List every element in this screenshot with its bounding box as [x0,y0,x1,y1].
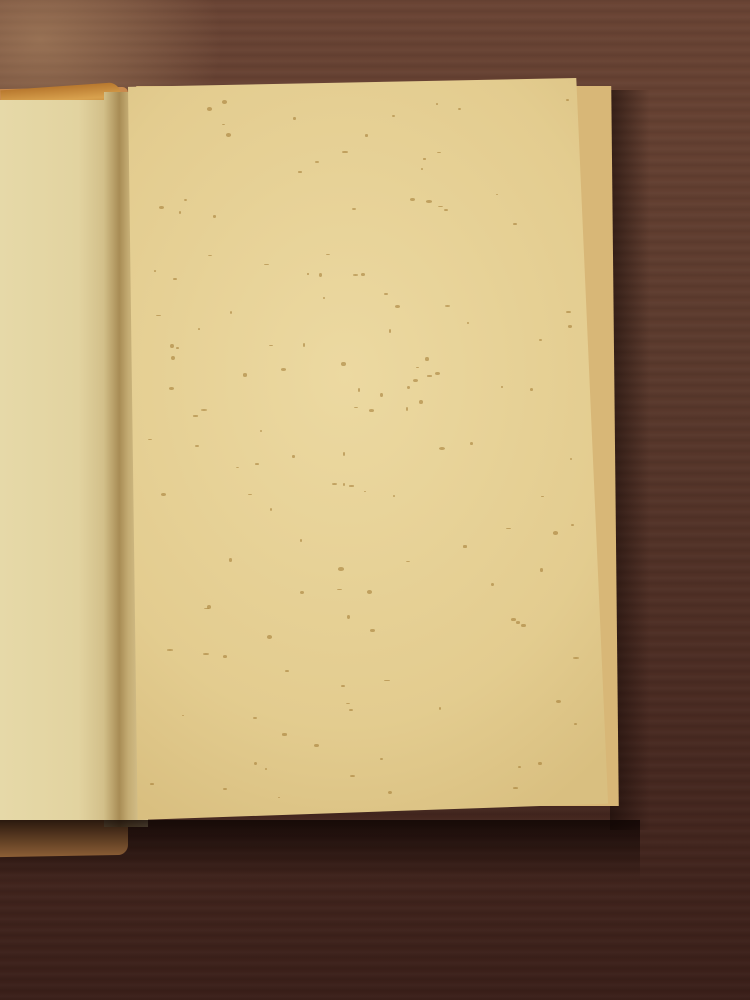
foxing-speck [511,618,515,621]
foxing-speck [436,103,438,105]
foxing-speck [156,315,160,316]
foxing-speck [292,455,294,458]
foxing-speck [380,393,382,397]
foxing-speck [264,264,269,265]
foxing-speck [574,723,577,725]
foxing-speck [150,783,154,785]
foxing-speck [568,325,572,327]
foxing-speck [358,388,360,391]
foxing-speck [501,386,503,388]
foxing-speck [243,373,248,376]
foxing-speck [384,680,389,681]
foxing-speck [269,345,272,346]
foxing-speck [365,134,368,136]
foxing-speck [207,605,211,609]
foxing-speck [435,372,440,375]
foxing-speck [229,558,232,561]
foxing-speck [369,409,375,412]
foxing-speck [530,388,534,391]
foxing-speck [195,445,199,447]
foxing-speck [161,493,166,496]
foxing-speck [425,357,428,361]
foxing-speck [384,293,387,295]
foxing-speck [423,158,427,159]
foxing-speck [176,347,179,349]
foxing-speck [226,133,232,137]
foxing-speck [307,273,310,274]
foxing-speck [222,100,227,104]
foxing-speck [410,198,415,201]
foxing-speck [323,297,325,299]
foxing-speck [364,491,366,493]
foxing-speck [416,367,418,368]
foxing-speck [361,273,365,276]
foxing-speck [198,328,200,330]
foxing-speck [170,344,173,348]
foxing-speck [541,496,543,497]
foxing-speck [169,387,174,390]
foxing-speck [421,168,423,170]
foxing-speck [254,762,257,765]
foxing-speck [171,356,175,360]
foxing-speck [439,447,445,450]
foxing-speck [213,215,216,217]
foxing-speck [341,685,345,687]
foxing-speck [427,375,432,376]
foxing-speck [201,409,207,411]
foxing-speck [207,107,212,111]
foxing-speck [538,762,542,766]
foxing-speck [253,717,257,719]
foxing-speck [281,368,287,371]
foxing-speck [389,329,392,332]
foxing-speck [332,483,337,485]
foxing-speck [159,206,164,209]
foxing-speck [354,407,358,408]
foxing-speck [223,655,227,658]
foxing-speck [154,270,156,272]
foxing-speck [343,452,345,456]
foxing-speck [566,311,572,314]
foxing-speck [445,305,450,307]
foxing-speck [222,124,224,125]
foxing-speck [370,629,374,632]
foxing-speck [470,442,473,445]
foxing-speck [393,495,395,497]
foxing-speck [248,494,252,495]
foxing-speck [407,386,410,389]
foxing-speck [406,561,410,562]
left-pastedown-endpaper [0,100,112,820]
foxing-speck [570,458,572,460]
foxing-speck [182,715,184,716]
foxing-speck [353,274,358,276]
foxing-speck [326,254,330,255]
foxing-speck [298,171,303,173]
foxing-speck [413,379,418,382]
foxing-speck [458,108,461,110]
foxing-speck [319,273,322,277]
foxing-speck [167,649,173,650]
foxing-speck [193,415,198,416]
foxing-speck [380,758,382,760]
foxing-speck [444,209,448,211]
foxing-speck [303,343,305,347]
foxing-speck [521,624,525,628]
book-shadow-bottom [0,820,640,880]
foxing-speck [255,463,259,465]
foxing-speck [173,278,177,281]
foxing-speck [300,591,304,594]
foxing-speck [395,305,400,308]
foxing-speck [513,787,518,789]
foxing-speck [337,589,342,590]
foxing-speck [539,339,542,341]
foxing-speck [566,99,569,101]
foxing-speck [349,709,353,711]
foxing-speck [267,635,272,639]
foxing-speck [341,362,345,366]
foxing-speck [260,430,262,432]
foxing-speck [426,200,432,203]
foxing-speck [571,524,574,526]
blank-endpaper-page [128,78,610,820]
foxing-speck [437,152,441,154]
foxing-speck [278,797,280,798]
foxing-speck [463,545,466,547]
foxing-speck [556,700,561,703]
foxing-speck [350,775,356,777]
foxing-speck [438,206,443,208]
foxing-speck [270,508,273,511]
foxing-speck [406,407,408,411]
foxing-speck [367,590,372,594]
foxing-speck [347,615,350,619]
foxing-speck [388,791,393,794]
foxing-speck [223,788,227,790]
foxing-speck [203,653,209,655]
foxing-speck [540,568,543,571]
foxing-speck [230,311,232,314]
foxing-speck [343,483,345,486]
foxing-speck [315,161,319,163]
foxing-speck [516,621,521,624]
foxing-speck [346,703,350,704]
foxing-speck [314,744,319,748]
foxing-speck [285,670,289,673]
foxing-speck [518,766,522,769]
foxing-speck [293,117,295,120]
foxing-speck [553,531,558,534]
foxing-speck [439,707,442,710]
foxing-speck [179,211,181,214]
foxing-speck [419,400,423,404]
foxing-speck [491,583,494,586]
foxing-speck [282,733,286,735]
foxing-speck [467,322,469,324]
foxing-speck [208,255,212,256]
foxing-speck [342,151,348,154]
foxing-speck [496,194,499,195]
foxing-speck [338,567,344,571]
foxing-speck [352,208,356,210]
foxing-speck [184,199,187,201]
foxing-speck [265,768,267,770]
foxing-speck [392,115,395,117]
foxing-speck [349,485,355,486]
foxing-speck [513,223,516,225]
foxing-speck [236,467,239,468]
foxing-speck [148,439,152,440]
foxing-speck [300,539,302,541]
foxing-speck [573,657,579,659]
foxing-speck [506,528,510,529]
